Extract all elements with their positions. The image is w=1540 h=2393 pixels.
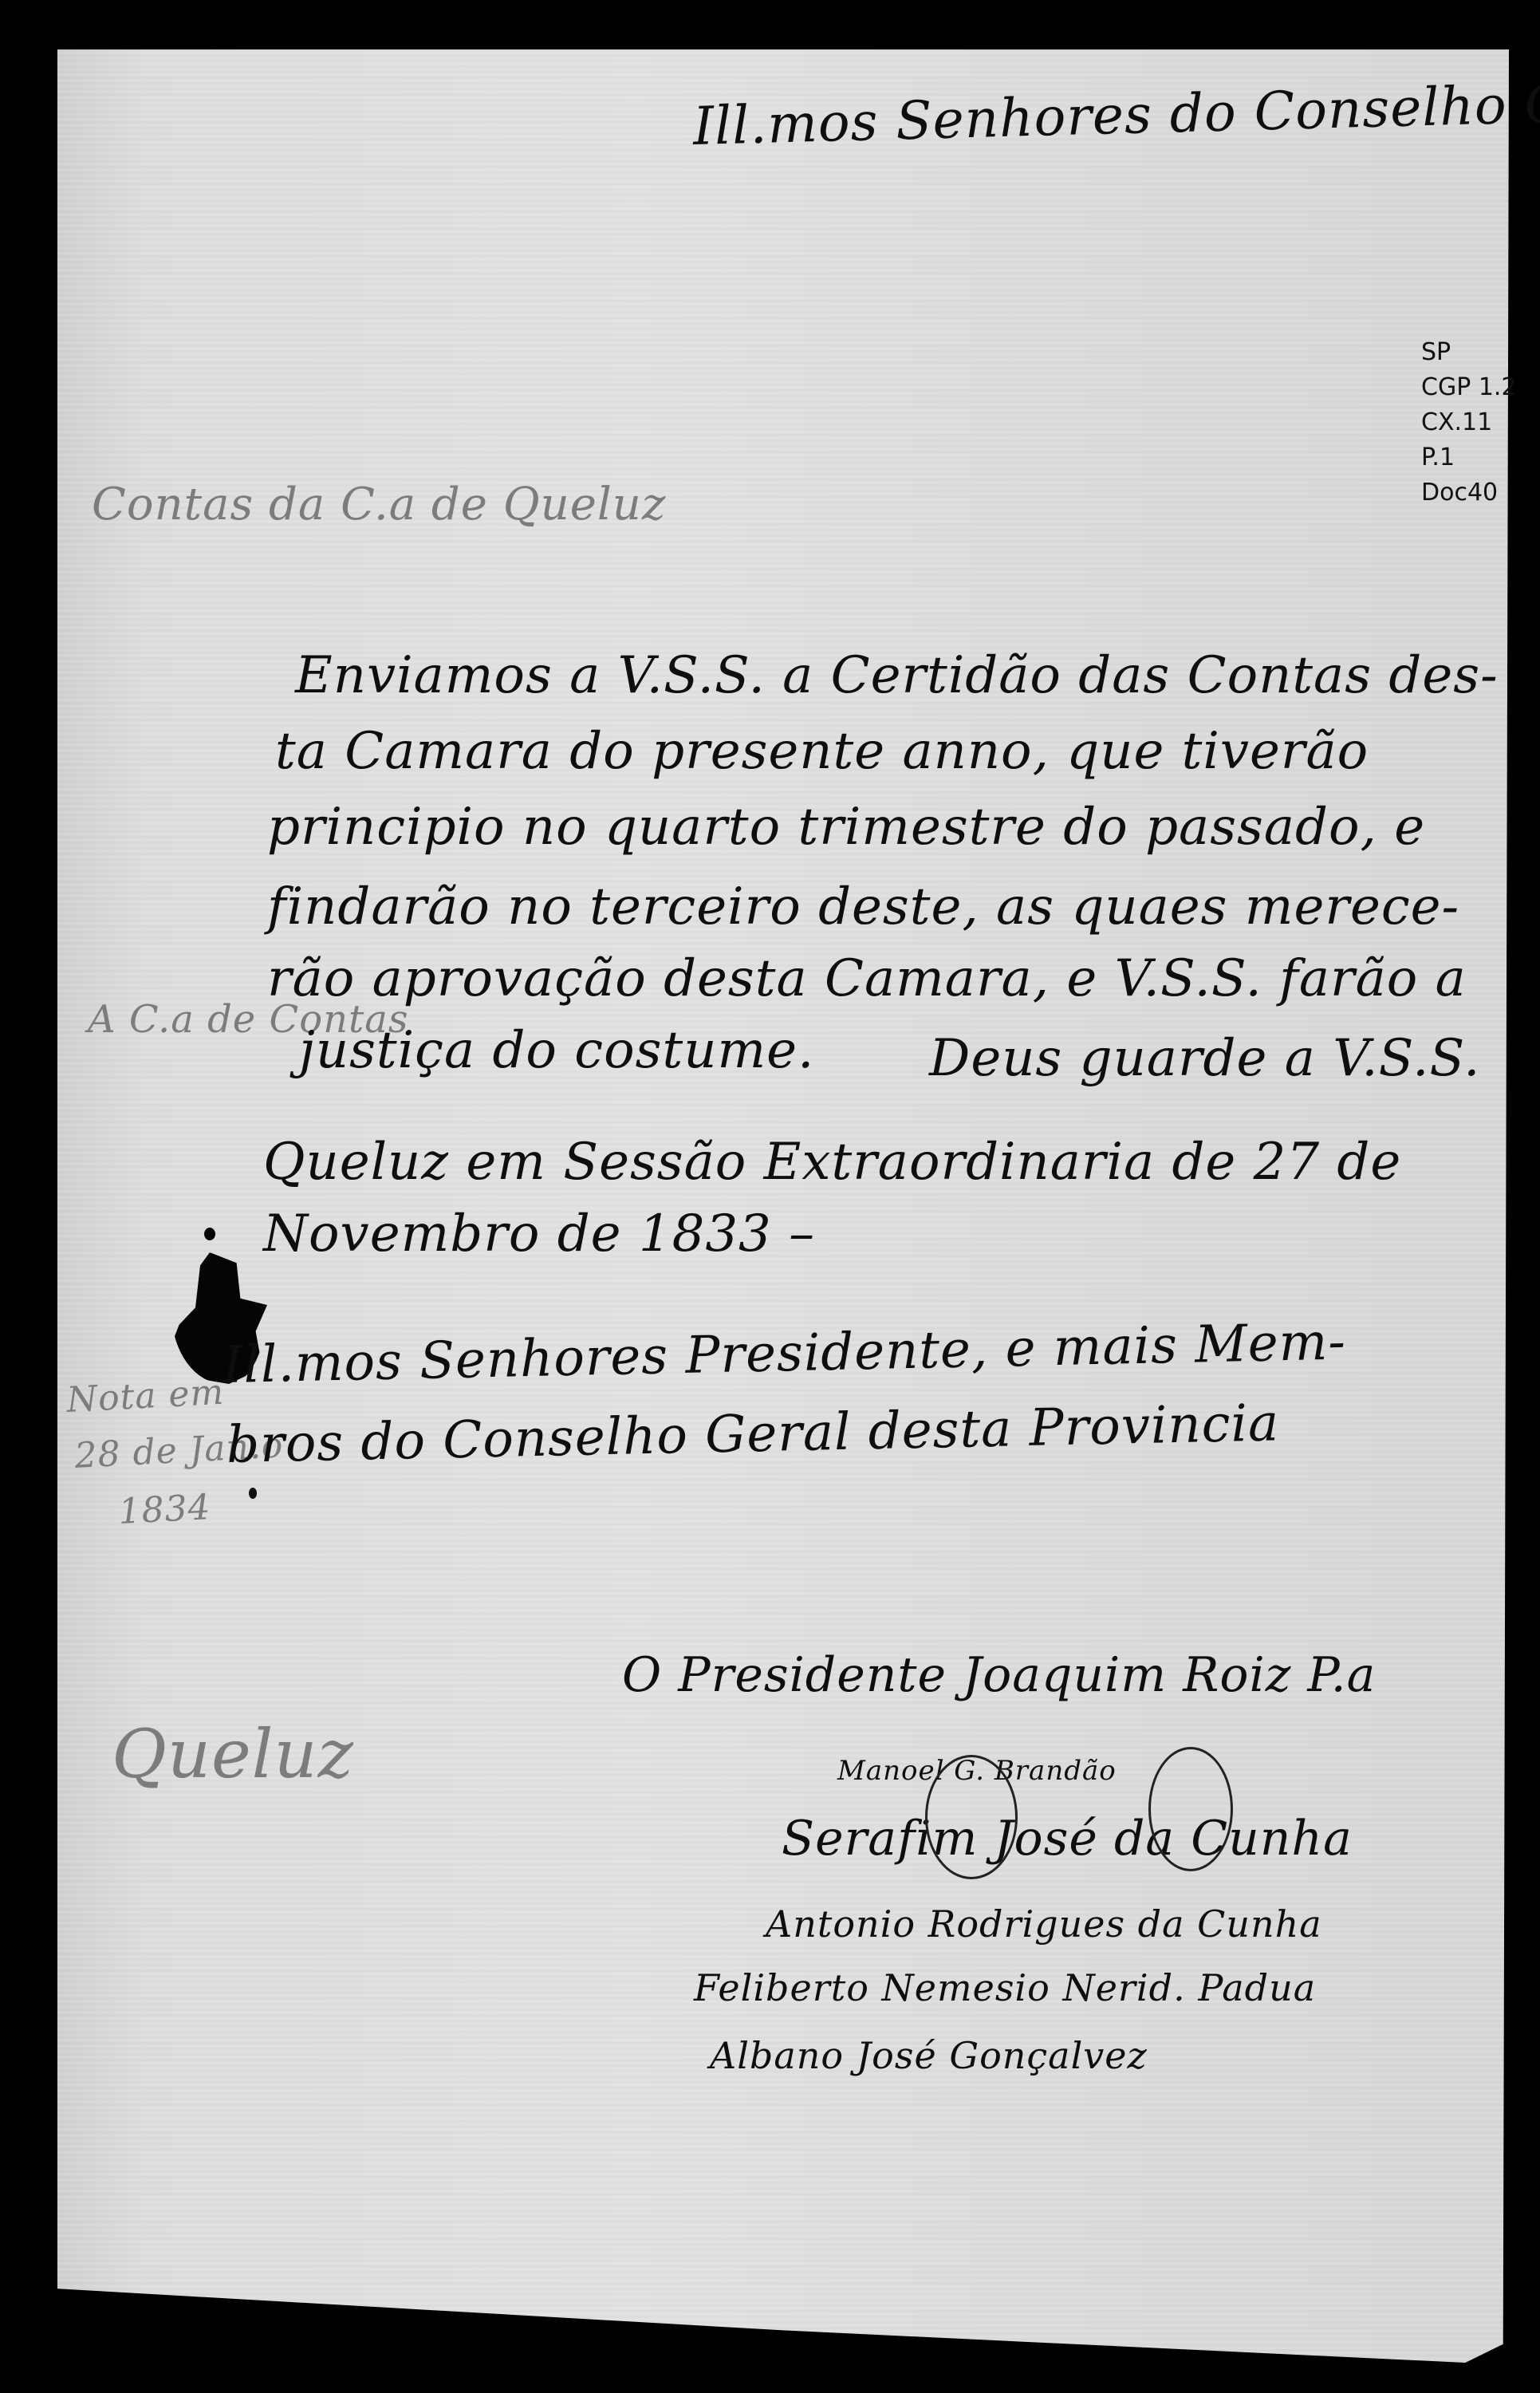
- signature-goncalvez: Albano José Gonçalvez: [710, 2034, 1148, 2077]
- margin-note-date-line1: Nota em: [65, 1372, 225, 1421]
- signature-flourish: [925, 1755, 1018, 1879]
- body-line-2: ta Camara do presente anno, que tiverão: [275, 722, 1369, 781]
- archive-reference: SP CGP 1.2 CX.11 P.1 Doc40: [1421, 335, 1517, 511]
- body-line-3: principio no quarto trimestre do passado…: [267, 798, 1425, 857]
- archive-ref-state: SP: [1421, 335, 1517, 370]
- archive-ref-box: CX.11: [1421, 405, 1517, 440]
- ink-blot-dot: [204, 1228, 215, 1240]
- archive-ref-fund: CGP 1.2: [1421, 370, 1517, 405]
- signature-flourish: [1148, 1747, 1233, 1871]
- ink-dot: [249, 1488, 257, 1499]
- body-line-1: Enviamos a V.S.S. a Certidão das Contas …: [295, 646, 1499, 705]
- signature-padua: Feliberto Nemesio Nerid. Padua: [694, 1966, 1316, 2009]
- body-line-4: findarão no terceiro deste, as quaes mer…: [267, 877, 1459, 936]
- place-date-line-1: Queluz em Sessão Extraordinaria de 27 de: [263, 1133, 1401, 1192]
- signature-president: O Presidente Joaquim Roiz P.a: [622, 1647, 1376, 1703]
- archive-ref-document: Doc40: [1421, 475, 1517, 511]
- signature-cunha-serafim: Serafim José da Cunha: [782, 1811, 1353, 1867]
- archive-ref-folder: P.1: [1421, 440, 1517, 475]
- place-date-line-2: Novembro de 1833 –: [263, 1204, 815, 1264]
- body-line-5: rão aprovação desta Camara, e V.S.S. far…: [267, 949, 1467, 1008]
- margin-note-date-line3: 1834: [117, 1487, 211, 1532]
- closing-salutation: Deus guarde a V.S.S.: [929, 1029, 1480, 1088]
- body-line-6: justiça do costume.: [299, 1021, 814, 1080]
- margin-note-contas: Contas da C.a de Queluz: [92, 479, 666, 530]
- margin-note-queluz: Queluz: [112, 1715, 354, 1793]
- signature-cunha-antonio: Antonio Rodrigues da Cunha: [766, 1902, 1322, 1946]
